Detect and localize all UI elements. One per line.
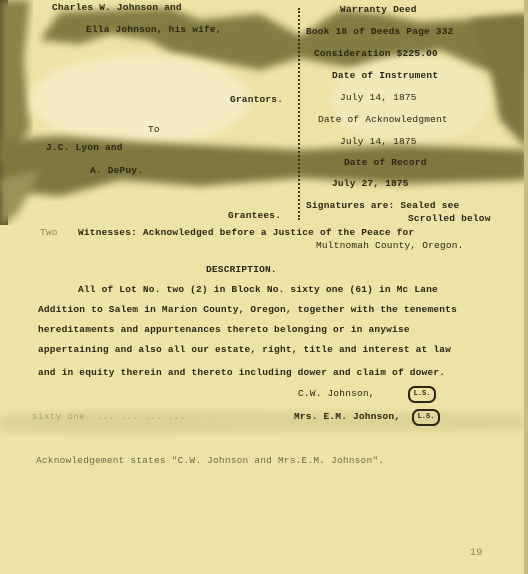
grantee-line-1: J.C. Lyon and: [46, 142, 123, 153]
grantee-line-2: A. DePuy.: [90, 165, 143, 176]
to-label: To: [148, 124, 160, 135]
signatures-line-2: Scrolled below: [408, 213, 491, 224]
description-line: appertaining and also all our estate, ri…: [38, 344, 451, 355]
instrument-label: Date of Instrument: [332, 70, 438, 81]
record-date: July 27, 1875: [332, 178, 409, 189]
divider-line: [298, 8, 302, 220]
instrument-date: July 14, 1875: [340, 92, 417, 103]
page-edge: [524, 0, 528, 574]
deed-page: Charles W. Johnson and Ella Johnson, his…: [0, 0, 528, 574]
acknowledgment-date: July 14, 1875: [340, 136, 417, 147]
signatures-line-1: Signatures are: Sealed see: [306, 200, 459, 211]
consideration: Consideration $225.00: [314, 48, 438, 59]
deed-type: Warranty Deed: [340, 4, 417, 15]
seal-scroll-2: L.S.: [412, 409, 440, 426]
page-number: 19: [470, 548, 482, 559]
grantees-label: Grantees.: [228, 210, 281, 221]
witnesses-line-2: Multnomah County, Oregon.: [316, 240, 464, 251]
grantor-line-1: Charles W. Johnson and: [52, 2, 182, 13]
signer-1: C.W. Johnson,: [298, 388, 375, 399]
bleed-through-text: sixty one. ... ... ... ...: [32, 411, 185, 422]
acknowledgment-label: Date of Acknowledgment: [318, 114, 448, 125]
acknowledgement-note: Acknowledgement states "C.W. Johnson and…: [36, 455, 384, 466]
description-line: and in equity therein and thereto includ…: [38, 367, 445, 378]
book-page: Book 18 of Deeds Page 332: [306, 26, 454, 37]
signer-2: Mrs. E.M. Johnson,: [294, 411, 400, 422]
grantors-label: Grantors.: [230, 94, 283, 105]
seal-scroll-1: L.S.: [408, 386, 436, 403]
description-line: All of Lot No. two (2) in Block No. sixt…: [78, 284, 438, 295]
description-heading: DESCRIPTION.: [206, 264, 277, 275]
witness-count: Two: [40, 227, 58, 238]
description-line: hereditaments and appurtenances thereto …: [38, 324, 410, 335]
grantor-line-2: Ella Johnson, his wife,: [86, 24, 222, 35]
record-label: Date of Record: [344, 157, 427, 168]
witnesses-line-1: Witnesses: Acknowledged before a Justice…: [78, 227, 414, 238]
description-line: Addition to Salem in Marion County, Oreg…: [38, 304, 457, 315]
